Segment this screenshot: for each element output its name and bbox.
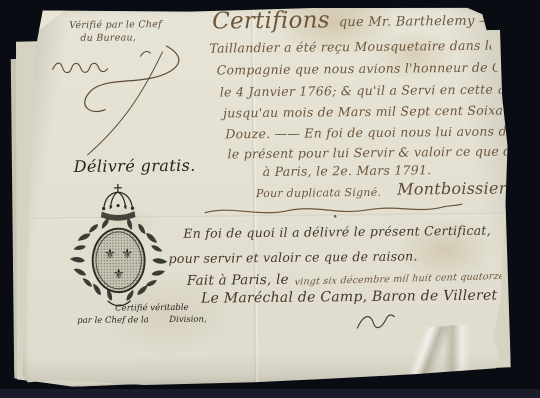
certificate-line-6: Douze. —— En foi de quoi nous lui avons … [225,123,539,141]
certified-note-line2: par le Chef de la [77,315,149,326]
certificate-signature-line: Pour duplicata Signé. Montboissier [256,178,507,200]
second-certificate-line-2: pour servir et valoir ce que de raison. [169,248,418,266]
handwritten-date: vingt six décembre mil huit cent quatorz… [294,271,505,288]
second-certificate-date-line: Fait à Paris, le vingt six décembre mil … [187,270,504,289]
gratis-note: Délivré gratis. [74,156,196,176]
corner-fold [24,7,70,37]
certified-note-line1: Certifié véritable [115,303,189,314]
date-prefix: Fait à Paris, le [187,272,289,289]
certificate-heading: Certifions que Mr. Barthelemy —— [212,8,505,31]
shield: ⚜ ⚜ ⚜ [92,228,145,292]
signature-prefix: Pour duplicata Signé. [256,186,381,200]
certificate-line-5: jusqu'au mois de Mars mil Sept cent Soix… [223,102,524,120]
photo-backdrop: Vérifié par le Chef du Bureau, Certifion… [0,0,540,398]
certificate-line-4: le 4 Janvier 1766; & qu'il a Servi en ce… [220,81,540,99]
verified-note-line1: Vérifié par le Chef [69,19,162,31]
fleur-de-lis-icon: ⚜ [113,268,125,283]
marshal-title-line: Le Maréchal de Camp, Baron de Villeret —… [201,287,531,306]
royal-coat-of-arms-seal: ⚜ ⚜ ⚜ [68,181,169,307]
document-paper: Vérifié par le Chef du Bureau, Certifion… [16,4,516,391]
certificate-line-2: Taillandier a été reçu Mousquetaire dans… [209,38,497,56]
crown-icon [101,184,136,221]
fleur-de-lis-icon: ⚜ [104,247,116,262]
divider-flourish [202,200,468,221]
certificate-line-1: que Mr. Barthelemy —— [339,13,506,30]
certificate-line-7: le présent pour lui Servir & valoir ce q… [227,143,540,162]
certificate-date-line: à Paris, le 2e. Mars 1791. [263,162,432,179]
photo-mat-edge [0,389,540,398]
certified-note-line3: Division, [169,315,207,325]
marshal-signature-flourish [349,307,405,336]
certificate-opening-word: Certifions [212,10,330,31]
verified-note-line2: du Bureau, [80,32,136,44]
second-certificate-line-1: En foi de quoi il a délivré le présent C… [183,223,491,241]
signatory-montboissier: Montboissier [397,178,507,198]
clerk-signature-flourish [44,44,207,164]
fleur-de-lis-icon: ⚜ [121,247,133,262]
certificate-line-3: Compagnie que nous avions l'honneur de C… [217,59,540,78]
